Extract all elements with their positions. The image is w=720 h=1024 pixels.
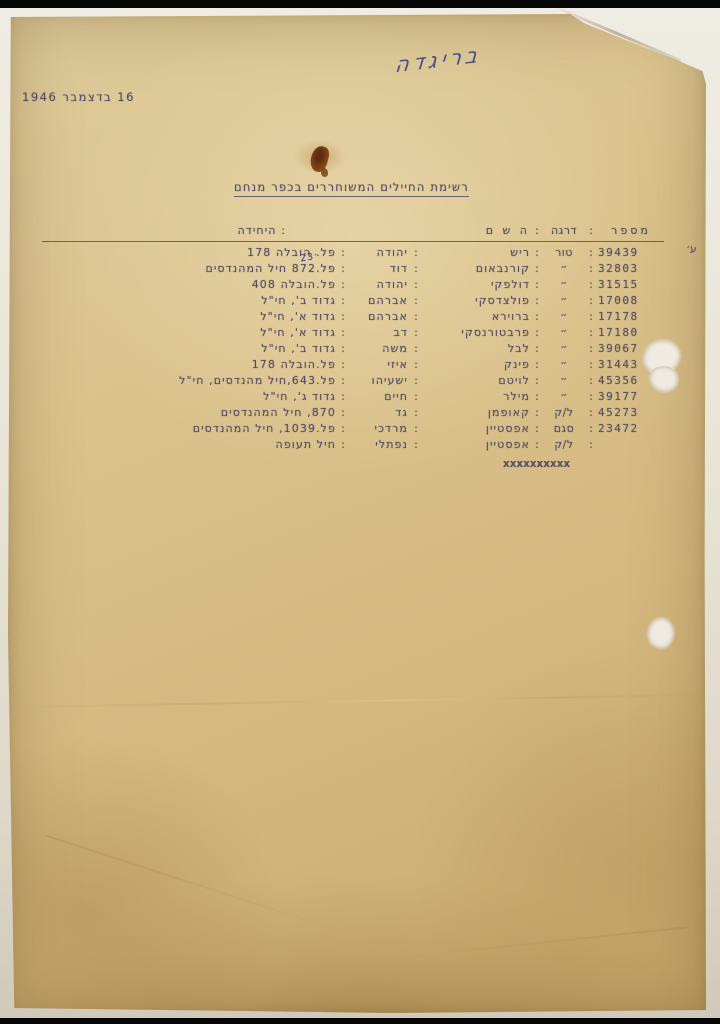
cell-surname: אפסטיין [424,437,530,453]
paper-sheet: 16 בדצמבר 1946 בריגדה רשימת החיילים המשו… [8,12,706,1014]
cell-first: דוד [350,261,408,277]
header-separator: : [530,224,544,237]
cell-first: אברהם [350,293,408,309]
cell-sep: : [584,389,598,405]
cell-sep: : [336,245,350,261]
cell-unit: פל.1039, חיל המהנדסים [42,421,336,437]
handwritten-note: בריגדה [394,42,483,77]
table-row: 39067:״:לבל:משה:גדוד ב', חי"ל [42,341,664,357]
cell-unit: פל.872 חיל המהנדסים [42,261,336,277]
cell-surname: קורנבאום [424,261,530,277]
cell-num: 17180 [598,325,664,341]
table-row: :ל/ק:אפסטיין:נפתלי:חיל תעופה [42,437,664,453]
paper-crease [389,926,688,959]
cell-surname: קאופמן [424,405,530,421]
cell-sep: : [584,341,598,357]
cell-num: 32803 [598,261,664,277]
cell-surname: דולפקי [424,277,530,293]
table-row: 17180:״:פרבטורנסקי:דב:גדוד א', חי"ל [42,325,664,341]
cell-first: יהודה [350,277,408,293]
table-row: 17008:״:פולצדסקי:אברהם:גדוד ב', חי"ל [42,293,664,309]
cell-surname: פולצדסקי [424,293,530,309]
cell-first: איזי [350,357,408,373]
header-number: מספר [598,224,664,237]
cell-unit: פל.643,חיל מהנדסים, חי"ל [42,373,336,389]
cell-sep: : [584,293,598,309]
cell-rank: ״ [544,325,584,341]
cell-num: 45273 [598,405,664,421]
cell-sep: : [336,293,350,309]
table-rows: 39439:טור:ריש:יהודה:פל. הובלה 17832803:״… [42,245,664,453]
cell-num: 17008 [598,293,664,309]
cell-sep: : [336,261,350,277]
cell-sep: : [408,261,424,277]
cell-first: ישעיהו [350,373,408,389]
cell-sep: : [530,309,544,325]
cell-sep: : [408,245,424,261]
cell-sep: : [408,277,424,293]
cell-first: אברהם [350,309,408,325]
cell-rank: ל/ק [544,437,584,453]
cell-first: נפתלי [350,437,408,453]
cell-unit: חיל תעופה [42,437,336,453]
scanned-document-page: { "document": { "date": "16 בדצמבר 1946"… [0,0,720,1024]
cell-sep: : [530,245,544,261]
soldier-table: מספר : דרגה : ה ש ם : היחידה 39439:טור:ר… [42,224,664,453]
table-row: 39177:״:מילר:חיים:גדוד ג', חי"ל [42,389,664,405]
table-row: 45356:״:לויטם:ישעיהו:פל.643,חיל מהנדסים,… [42,373,664,389]
header-name: ה ש ם [424,224,530,237]
cell-sep: : [530,293,544,309]
cell-unit: גדוד ב', חי"ל [42,341,336,357]
cell-sep: : [336,389,350,405]
cell-sep: : [530,373,544,389]
cell-sep: : [336,373,350,389]
cell-num: 31515 [598,277,664,293]
ink-stain-drip [321,168,328,177]
cell-rank: ״ [544,277,584,293]
cell-sep: : [584,357,598,373]
cell-sep: : [530,325,544,341]
cell-sep: : [336,341,350,357]
cell-sep: : [530,389,544,405]
cell-unit: פל.הובלה 178 [42,357,336,373]
cell-unit: פל.הובלה 408 [42,277,336,293]
table-header-row: מספר : דרגה : ה ש ם : היחידה [42,224,664,242]
cell-sep: : [336,277,350,293]
cell-sep: : [530,341,544,357]
cell-sep: : [408,341,424,357]
cell-sep: : [408,373,424,389]
cell-surname: אפסטיין [424,421,530,437]
cell-first: חיים [350,389,408,405]
header-unit-colon: : [281,224,286,237]
cell-surname: ברוירא [424,309,530,325]
cell-sep: : [584,405,598,421]
cell-surname: לויטם [424,373,530,389]
cell-num: 23472 [598,421,664,437]
cell-sep: : [530,357,544,373]
cell-sep: : [530,421,544,437]
cell-rank: טור [544,245,584,261]
cell-sep: : [336,309,350,325]
table-row: 31515:״:דולפקי:יהודה:פל.הובלה 408 [42,277,664,293]
table-row: 23472:סגם:אפסטיין:מרדכי:פל.1039, חיל המה… [42,421,664,437]
cell-unit: גדוד ב', חי"ל [42,293,336,309]
cell-surname: מילר [424,389,530,405]
cell-sep: : [408,309,424,325]
cell-sep: : [584,261,598,277]
cell-rank: ״ [544,309,584,325]
cell-sep: : [584,437,598,453]
cell-unit: גדוד א', חי"ל [42,309,336,325]
paper-crease [46,835,351,936]
cell-first: גד [350,405,408,421]
cell-unit: גדוד ג', חי"ל [42,389,336,405]
cell-sep: : [336,405,350,421]
cell-rank: ״ [544,373,584,389]
cell-sep: : [336,325,350,341]
cell-sep: : [530,437,544,453]
cell-num: 39439 [598,245,664,261]
cell-rank: ״ [544,341,584,357]
cell-unit: 870, חיל המהנדסים [42,405,336,421]
cell-sep: : [336,437,350,453]
header-unit-label: היחידה [237,224,276,237]
cell-num: 39177 [598,389,664,405]
document-title: רשימת החיילים המשוחררים בכפר מנחם [234,180,469,197]
cell-sep: : [336,421,350,437]
cell-sep: : [408,421,424,437]
crossed-out-text: xxxxxxxxxx [503,458,570,470]
cell-sep: : [336,357,350,373]
cell-first: יהודה [350,245,408,261]
cell-sep: : [584,421,598,437]
cell-rank: סגם [544,421,584,437]
cell-sep: : [530,405,544,421]
cell-num: 17178 [598,309,664,325]
table-row: 45273:ל/ק:קאופמן:גד:870, חיל המהנדסים [42,405,664,421]
cell-sep: : [584,309,598,325]
cell-unit: פל. הובלה 178 [42,245,336,261]
table-row: 17178:״:ברוירא:אברהם:גדוד א', חי"ל [42,309,664,325]
cell-rank: ״ [544,357,584,373]
cell-sep: : [584,325,598,341]
cell-rank: ״ [544,389,584,405]
cell-sep: : [408,437,424,453]
cell-sep: : [408,405,424,421]
cell-sep: : [408,325,424,341]
cell-rank: ״ [544,261,584,277]
cell-sep: : [408,389,424,405]
cell-sep: : [584,373,598,389]
date-line: 16 בדצמבר 1946 [22,90,135,104]
table-row: 39439:טור:ריש:יהודה:פל. הובלה 178 [42,245,664,261]
header-rank: דרגה [544,224,584,237]
cell-sep: : [530,277,544,293]
cell-rank: ״ [544,293,584,309]
cell-sep: : [584,277,598,293]
cell-sep: : [408,357,424,373]
table-row: 32803:״:קורנבאום:דוד:פל.872 חיל המהנדסים [42,261,664,277]
table-row: 31443:״:פינק:איזי:פל.הובלה 178 [42,357,664,373]
cell-surname: פינק [424,357,530,373]
cell-sep: : [530,261,544,277]
cell-sep: : [584,245,598,261]
paper-crease [8,694,706,708]
cell-first: דב [350,325,408,341]
cell-unit: גדוד א', חי"ל [42,325,336,341]
marginal-mark: ע׳ [685,243,697,255]
cell-surname: פרבטורנסקי [424,325,530,341]
header-unit: : היחידה [42,224,336,237]
cell-sep: : [408,293,424,309]
cell-rank: ל/ק [544,405,584,421]
cell-first: מרדכי [350,421,408,437]
cell-surname: לבל [424,341,530,357]
cell-first: משה [350,341,408,357]
cell-surname: ריש [424,245,530,261]
header-separator: : [584,224,598,237]
